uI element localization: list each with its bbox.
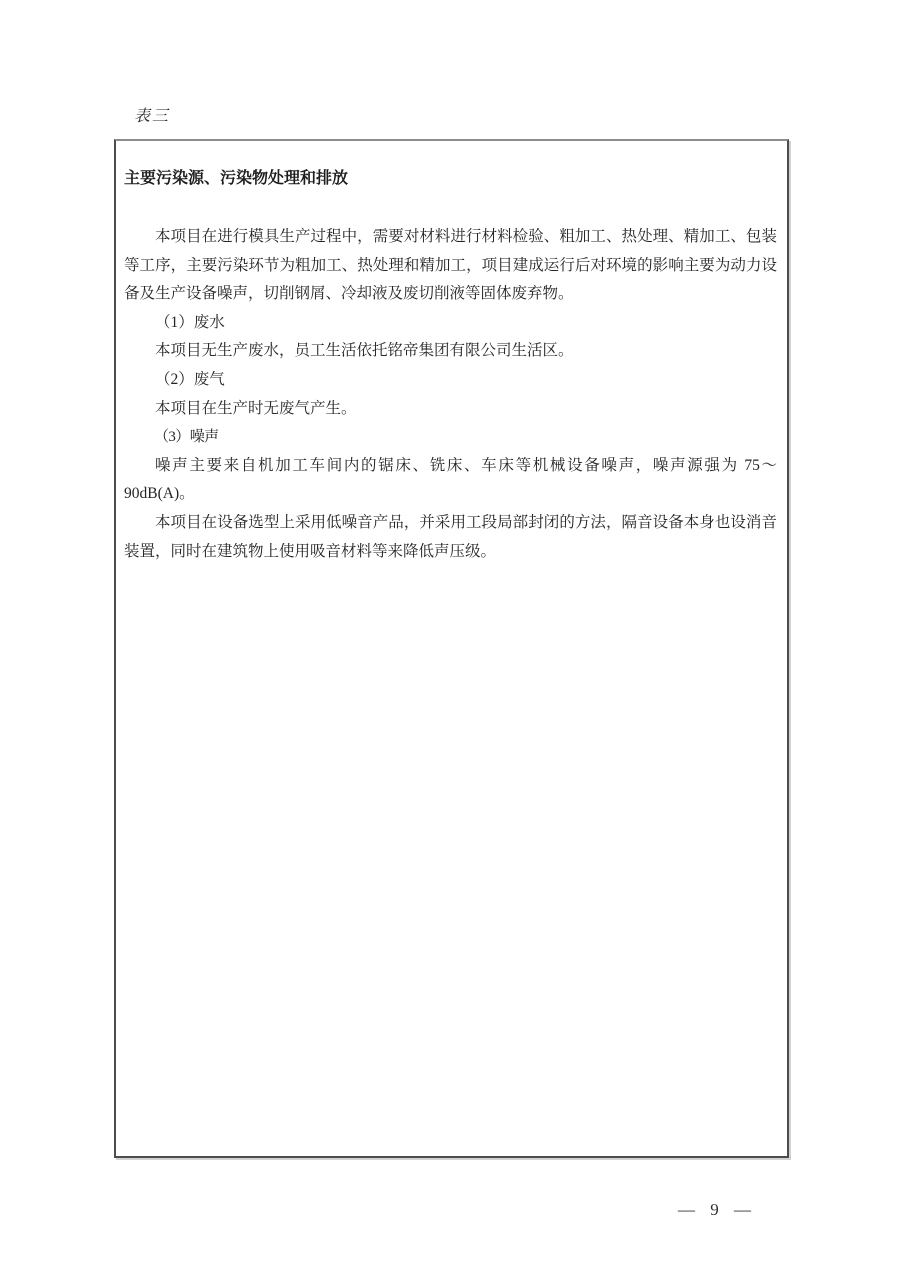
body-paragraph: 本项目在设备选型上采用低噪音产品，并采用工段局部封闭的方法，隔音设备本身也设消音…	[124, 509, 777, 566]
section-title: 主要污染源、污染物处理和排放	[124, 168, 777, 190]
section-body: 本项目在进行模具生产过程中，需要对材料进行材料检验、粗加工、热处理、精加工、包装…	[124, 223, 777, 566]
body-paragraph: （3）噪声	[124, 423, 777, 452]
body-paragraph: 本项目在生产时无废气产生。	[124, 395, 777, 424]
body-paragraph: （2）废气	[124, 366, 777, 395]
content-panel: 主要污染源、污染物处理和排放 本项目在进行模具生产过程中，需要对材料进行材料检验…	[114, 139, 789, 1158]
body-paragraph: 本项目无生产废水，员工生活依托铭帝集团有限公司生活区。	[124, 337, 777, 366]
document-page: 表三 主要污染源、污染物处理和排放 本项目在进行模具生产过程中，需要对材料进行材…	[0, 0, 900, 1273]
form-table-label: 表三	[134, 103, 170, 126]
body-paragraph: 噪声主要来自机加工车间内的锯床、铣床、车床等机械设备噪声，噪声源强为 75～90…	[124, 452, 777, 509]
body-paragraph: （1）废水	[124, 309, 777, 338]
page-number: — 9 —	[678, 1200, 752, 1220]
body-paragraph: 本项目在进行模具生产过程中，需要对材料进行材料检验、粗加工、热处理、精加工、包装…	[124, 223, 777, 309]
